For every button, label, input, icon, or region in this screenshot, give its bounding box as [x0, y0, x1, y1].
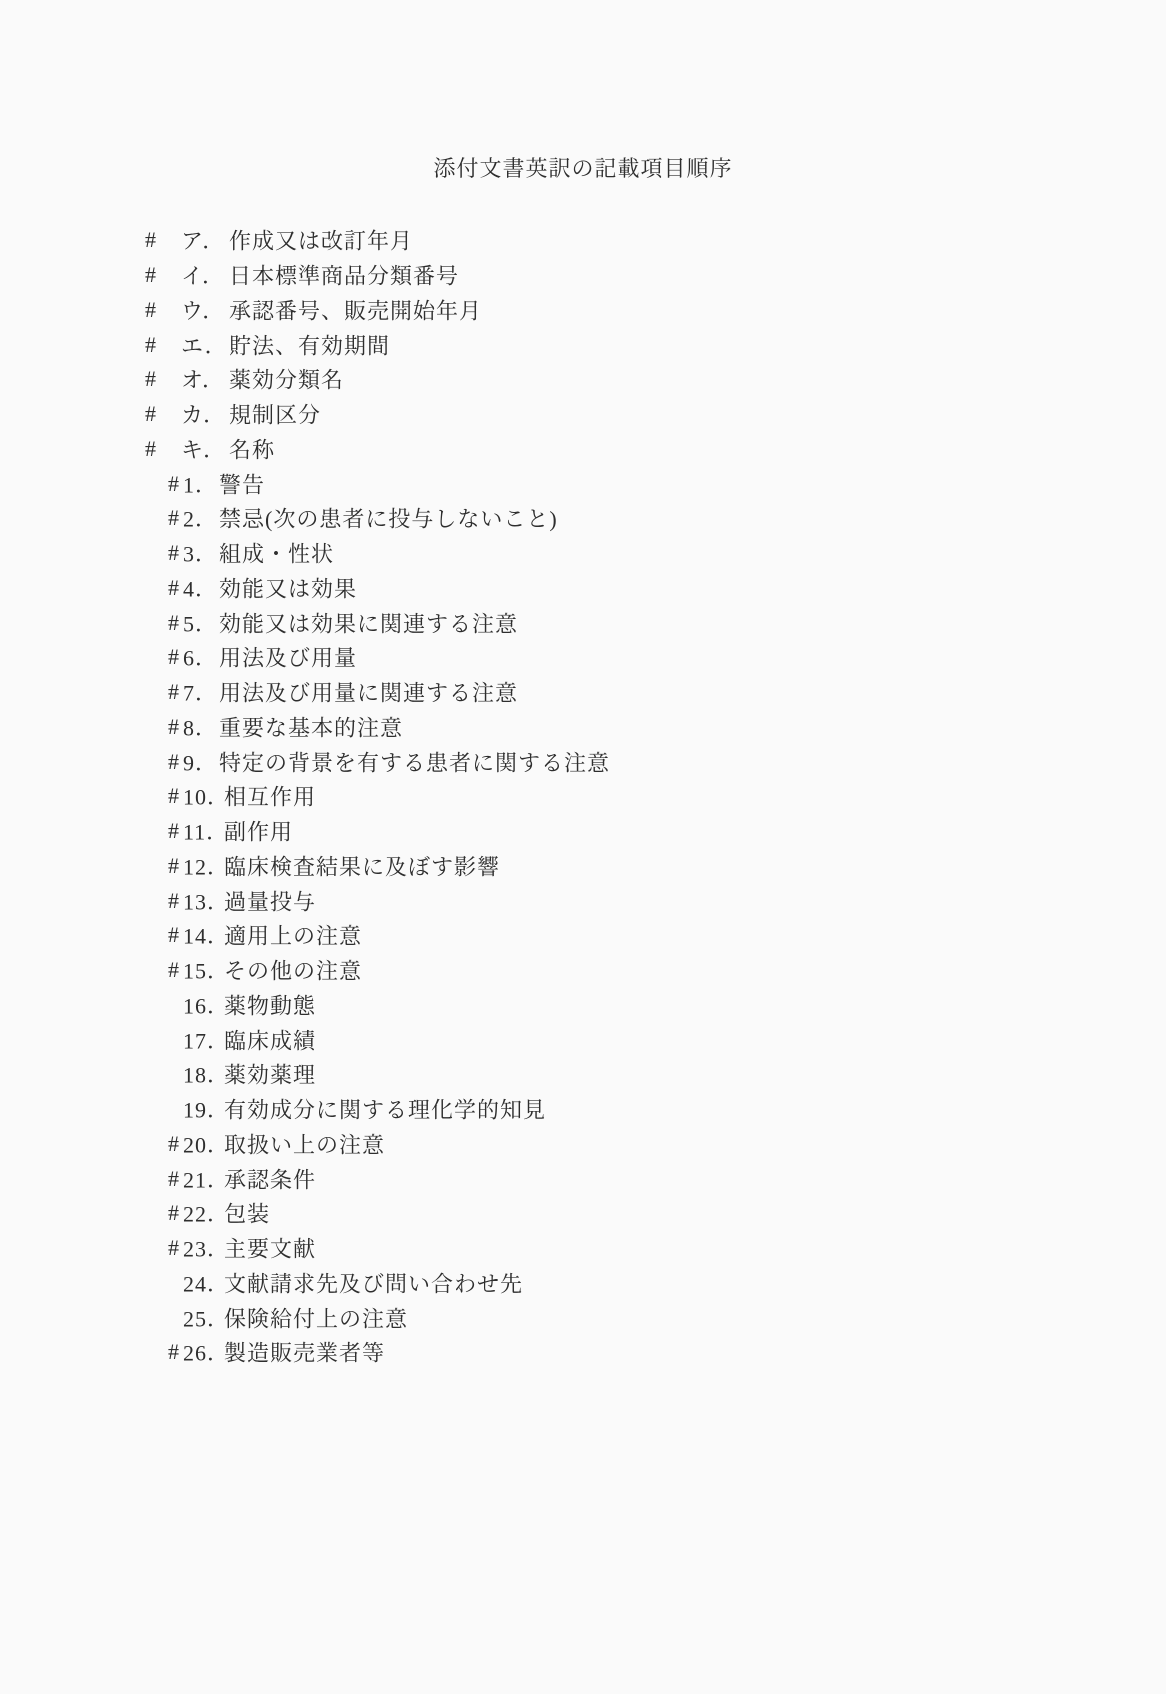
hash-marker: #: [168, 610, 180, 636]
item-text: 作成又は改訂年月: [229, 225, 413, 256]
item-number: カ．: [181, 399, 226, 430]
item-number: 2．: [183, 503, 218, 534]
item-text: 薬物動態: [224, 989, 316, 1020]
item-text: 臨床検査結果に及ぼす影響: [224, 850, 500, 881]
list-item: 17．臨床成績: [0, 1022, 1166, 1057]
item-number: 22．: [183, 1198, 230, 1229]
item-text: 保険給付上の注意: [224, 1302, 408, 1333]
item-number: 8．: [183, 711, 218, 742]
item-text: 適用上の注意: [224, 920, 362, 951]
item-number: キ．: [181, 433, 226, 464]
item-number: 25．: [183, 1302, 230, 1333]
item-number: オ．: [181, 364, 225, 395]
hash-marker: #: [168, 679, 180, 705]
item-number: 9．: [183, 746, 218, 777]
hash-marker: #: [168, 1166, 180, 1192]
hash-marker: #: [168, 644, 180, 670]
item-number: ア．: [181, 225, 225, 256]
item-number: 12．: [183, 850, 230, 881]
list-item: #5．効能又は効果に関連する注意: [0, 605, 1166, 640]
item-text: 包装: [224, 1198, 270, 1229]
item-number: 13．: [183, 885, 230, 916]
item-number: 24．: [183, 1267, 230, 1298]
list-item: #10．相互作用: [0, 779, 1166, 814]
hash-marker: #: [145, 366, 157, 392]
hash-marker: #: [168, 783, 180, 809]
item-number: 15．: [183, 955, 230, 986]
item-number: 23．: [183, 1233, 230, 1264]
item-text: 製造販売業者等: [224, 1337, 385, 1368]
item-text: 名称: [229, 433, 275, 464]
list-item: #9．特定の背景を有する患者に関する注意: [0, 744, 1166, 779]
list-item: #4．効能又は効果: [0, 571, 1166, 606]
list-item: #イ．日本標準商品分類番号: [0, 258, 1166, 293]
hash-marker: #: [168, 471, 180, 497]
item-text: その他の注意: [224, 955, 362, 986]
list-item: #20．取扱い上の注意: [0, 1127, 1166, 1162]
list-item: #23．主要文献: [0, 1231, 1166, 1266]
item-text: 日本標準商品分類番号: [229, 260, 459, 291]
item-text: 承認条件: [224, 1163, 316, 1194]
item-number: エ．: [181, 329, 228, 360]
list-item: #2．禁忌(次の患者に投与しないこと): [0, 501, 1166, 536]
item-text: 特定の背景を有する患者に関する注意: [219, 746, 610, 777]
list-item: 18．薬効薬理: [0, 1057, 1166, 1092]
item-text: 効能又は効果に関連する注意: [219, 607, 518, 638]
item-number: 16．: [183, 989, 230, 1020]
item-text: 用法及び用量に関連する注意: [219, 677, 518, 708]
list-item: #3．組成・性状: [0, 536, 1166, 571]
item-number: 6．: [183, 642, 218, 673]
list-item: #21．承認条件: [0, 1161, 1166, 1196]
list-item: #オ．薬効分類名: [0, 362, 1166, 397]
list-item: #7．用法及び用量に関連する注意: [0, 675, 1166, 710]
hash-marker: #: [168, 853, 180, 879]
item-text: 副作用: [224, 816, 293, 847]
hash-marker: #: [168, 505, 180, 531]
item-text: 重要な基本的注意: [219, 711, 403, 742]
item-text: 有効成分に関する理化学的知見: [224, 1094, 546, 1125]
toc-list: #ア．作成又は改訂年月#イ．日本標準商品分類番号#ウ．承認番号、販売開始年月#エ…: [0, 223, 1166, 1370]
list-item: 24．文献請求先及び問い合わせ先: [0, 1266, 1166, 1301]
item-text: 取扱い上の注意: [224, 1128, 385, 1159]
hash-marker: #: [168, 1200, 180, 1226]
list-item: #12．臨床検査結果に及ぼす影響: [0, 849, 1166, 884]
item-number: イ．: [181, 260, 225, 291]
item-number: 18．: [183, 1059, 230, 1090]
item-text: 相互作用: [224, 781, 316, 812]
hash-marker: #: [168, 1339, 180, 1365]
list-item: #1．警告: [0, 466, 1166, 501]
item-text: 用法及び用量: [219, 642, 357, 673]
item-number: 4．: [183, 572, 218, 603]
hash-marker: #: [145, 262, 157, 288]
item-text: 規制区分: [229, 399, 321, 430]
item-number: ウ．: [181, 294, 225, 325]
hash-marker: #: [168, 714, 180, 740]
hash-marker: #: [168, 922, 180, 948]
list-item: #6．用法及び用量: [0, 640, 1166, 675]
item-text: 警告: [219, 468, 265, 499]
list-item: #15．その他の注意: [0, 953, 1166, 988]
hash-marker: #: [145, 332, 157, 358]
hash-marker: #: [168, 749, 180, 775]
hash-marker: #: [168, 888, 180, 914]
item-number: 3．: [183, 538, 218, 569]
item-text: 承認番号、販売開始年月: [229, 294, 482, 325]
hash-marker: #: [168, 1131, 180, 1157]
list-item: #8．重要な基本的注意: [0, 710, 1166, 745]
hash-marker: #: [168, 957, 180, 983]
hash-marker: #: [145, 436, 157, 462]
item-text: 禁忌(次の患者に投与しないこと): [219, 503, 558, 534]
hash-marker: #: [145, 401, 157, 427]
hash-marker: #: [168, 575, 180, 601]
list-item: #26．製造販売業者等: [0, 1335, 1166, 1370]
list-item: #エ．貯法、有効期間: [0, 327, 1166, 362]
list-item: #カ．規制区分: [0, 397, 1166, 432]
item-number: 5．: [183, 607, 218, 638]
item-number: 17．: [183, 1024, 230, 1055]
list-item: 25．保険給付上の注意: [0, 1300, 1166, 1335]
hash-marker: #: [168, 818, 180, 844]
item-number: 10．: [183, 781, 230, 812]
item-number: 19．: [183, 1094, 230, 1125]
item-number: 20．: [183, 1128, 230, 1159]
item-text: 過量投与: [224, 885, 316, 916]
list-item: #14．適用上の注意: [0, 918, 1166, 953]
item-text: 文献請求先及び問い合わせ先: [224, 1267, 523, 1298]
list-item: #ウ．承認番号、販売開始年月: [0, 293, 1166, 328]
item-text: 主要文献: [224, 1233, 316, 1264]
list-item: #11．副作用: [0, 814, 1166, 849]
list-item: 19．有効成分に関する理化学的知見: [0, 1092, 1166, 1127]
list-item: 16．薬物動態: [0, 988, 1166, 1023]
item-number: 11．: [183, 816, 229, 847]
item-text: 貯法、有効期間: [229, 329, 390, 360]
hash-marker: #: [145, 227, 157, 253]
item-number: 7．: [183, 677, 218, 708]
hash-marker: #: [168, 540, 180, 566]
list-item: #13．過量投与: [0, 883, 1166, 918]
item-text: 薬効薬理: [224, 1059, 316, 1090]
list-item: #キ．名称: [0, 432, 1166, 467]
hash-marker: #: [145, 297, 157, 323]
item-number: 21．: [183, 1163, 230, 1194]
hash-marker: #: [168, 1235, 180, 1261]
item-number: 26．: [183, 1337, 230, 1368]
item-number: 14．: [183, 920, 230, 951]
item-text: 薬効分類名: [229, 364, 344, 395]
item-text: 効能又は効果: [219, 572, 357, 603]
page-title: 添付文書英訳の記載項目順序: [0, 152, 1166, 183]
list-item: #ア．作成又は改訂年月: [0, 223, 1166, 258]
list-item: #22．包装: [0, 1196, 1166, 1231]
item-number: 1．: [183, 468, 218, 499]
item-text: 組成・性状: [219, 538, 334, 569]
item-text: 臨床成績: [224, 1024, 316, 1055]
